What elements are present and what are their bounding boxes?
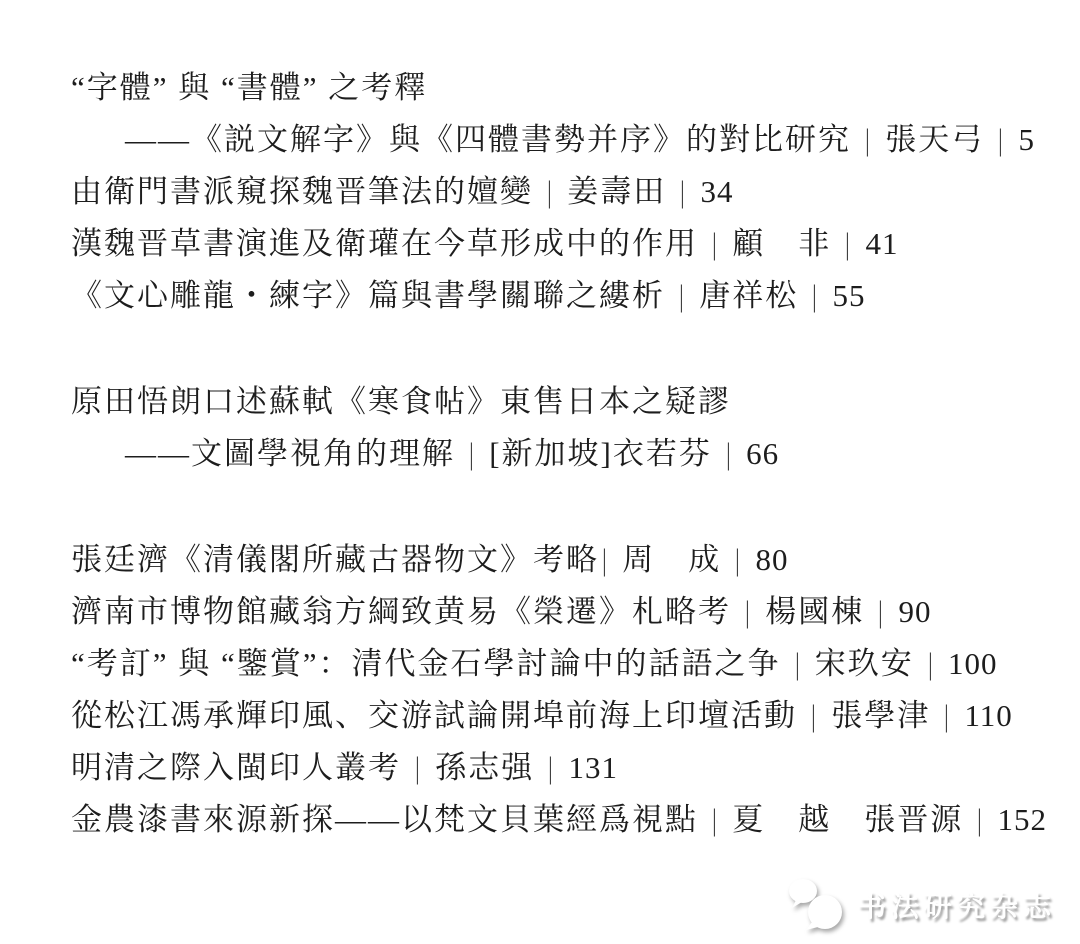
separator: |: [712, 218, 718, 270]
entry-title: 《文心雕龍・練字》篇與書學關聯之縷析: [71, 278, 665, 313]
entry-author: 姜壽田: [567, 174, 666, 209]
entry-page: 100: [948, 646, 998, 681]
separator: |: [712, 794, 718, 846]
toc-entry: 《文心雕龍・練字》篇與書學關聯之縷析|唐祥松|55: [71, 270, 1060, 322]
entry-page: 41: [865, 226, 898, 261]
toc-entry: ——《説文解字》與《四體書勢并序》的對比研究|張天弓|5: [71, 114, 1060, 166]
journal-toc-page: “字體” 與 “書體” 之考釋——《説文解字》與《四體書勢并序》的對比研究|張天…: [0, 0, 1080, 944]
entry-page: 80: [755, 542, 788, 577]
separator: |: [548, 742, 554, 794]
toc-entry: ——文圖學視角的理解|[新加坡]衣若芬|66: [71, 428, 1060, 480]
entry-author: 張天弓: [885, 122, 984, 157]
entry-page: 131: [568, 750, 618, 785]
toc-entry: “字體” 與 “書體” 之考釋: [71, 62, 1060, 114]
separator: |: [811, 690, 817, 742]
wechat-chat-bubbles-icon: [786, 876, 848, 934]
toc-entry: 金農漆書來源新探——以梵文貝葉經爲視點|夏 越 張晋源|152: [71, 794, 1060, 846]
entry-page: 152: [997, 802, 1047, 837]
entry-title: ——《説文解字》與《四體書勢并序》的對比研究: [125, 122, 851, 157]
entry-title: 原田悟朗口述蘇軾《寒食帖》東售日本之疑謬: [71, 384, 731, 419]
entry-author: 周 成: [622, 542, 721, 577]
separator: |: [944, 690, 950, 742]
entry-author: 張學津: [831, 698, 930, 733]
separator: |: [415, 742, 421, 794]
watermark: 书法研究杂志: [786, 876, 1056, 934]
toc-entry: 張廷濟《清儀閣所藏古器物文》考略|周 成|80: [71, 534, 1060, 586]
separator: |: [878, 586, 884, 638]
separator: |: [726, 428, 732, 480]
entry-title: 濟南市博物館藏翁方綱致黄易《榮遷》札略考: [71, 594, 731, 629]
toc-entry: 明清之際入閩印人叢考|孫志强|131: [71, 742, 1060, 794]
entry-title: 明清之際入閩印人叢考: [71, 750, 401, 785]
toc-entry: 從松江馮承輝印風、交游試論開埠前海上印壇活動|張學津|110: [71, 690, 1060, 742]
entry-author: 宋玖安: [815, 646, 914, 681]
entry-page: 66: [746, 436, 779, 471]
separator: |: [547, 166, 553, 218]
entry-page: 90: [898, 594, 931, 629]
separator: |: [745, 586, 751, 638]
entry-author: 顧 非: [732, 226, 831, 261]
separator: |: [865, 114, 871, 166]
entry-author: 孫志强: [435, 750, 534, 785]
entry-title: “字體” 與 “書體” 之考釋: [71, 70, 427, 105]
separator: |: [795, 638, 801, 690]
separator: |: [845, 218, 851, 270]
entry-title: 由衛門書派窺探魏晋筆法的嬗變: [71, 174, 533, 209]
entry-title: 漢魏晋草書演進及衛瓘在今草形成中的作用: [71, 226, 698, 261]
entry-title: 張廷濟《清儀閣所藏古器物文》考略: [71, 542, 599, 577]
entry-page: 110: [964, 698, 1012, 733]
toc-entry: 漢魏晋草書演進及衛瓘在今草形成中的作用|顧 非|41: [71, 218, 1060, 270]
separator: |: [735, 534, 741, 586]
entry-author: 唐祥松: [699, 278, 798, 313]
entry-title: 從松江馮承輝印風、交游試論開埠前海上印壇活動: [71, 698, 797, 733]
entry-author: 楊國棟: [765, 594, 864, 629]
table-of-contents: “字體” 與 “書體” 之考釋——《説文解字》與《四體書勢并序》的對比研究|張天…: [71, 62, 1060, 846]
toc-entry: 濟南市博物館藏翁方綱致黄易《榮遷》札略考|楊國棟|90: [71, 586, 1060, 638]
separator: |: [977, 794, 983, 846]
separator: |: [602, 534, 608, 586]
entry-page: 34: [700, 174, 733, 209]
separator: |: [679, 270, 685, 322]
separator: |: [998, 114, 1004, 166]
toc-entry: “考訂” 與 “鑒賞”：清代金石學討論中的話語之争|宋玖安|100: [71, 638, 1060, 690]
entry-page: 55: [832, 278, 865, 313]
separator: |: [812, 270, 818, 322]
entry-title: “考訂” 與 “鑒賞”：清代金石學討論中的話語之争: [71, 646, 781, 681]
toc-entry: 由衛門書派窺探魏晋筆法的嬗變|姜壽田|34: [71, 166, 1060, 218]
entry-page: 5: [1018, 122, 1035, 157]
separator: |: [469, 428, 475, 480]
entry-author: [新加坡]衣若芬: [489, 436, 712, 471]
toc-entry: 原田悟朗口述蘇軾《寒食帖》東售日本之疑謬: [71, 376, 1060, 428]
entry-title: ——文圖學視角的理解: [125, 436, 455, 471]
entry-author: 夏 越 張晋源: [732, 802, 963, 837]
separator: |: [928, 638, 934, 690]
watermark-text: 书法研究杂志: [858, 885, 1056, 925]
entry-title: 金農漆書來源新探——以梵文貝葉經爲視點: [71, 802, 698, 837]
separator: |: [680, 166, 686, 218]
